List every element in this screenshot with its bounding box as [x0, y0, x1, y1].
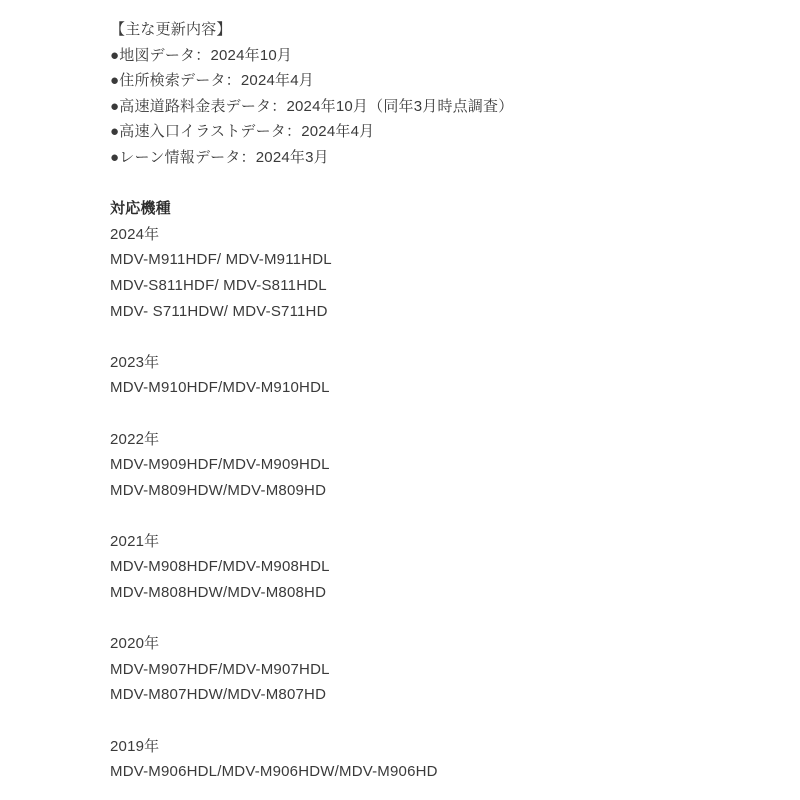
year-label: 2024年 — [110, 222, 760, 248]
model-group-2021: 2021年 MDV-M908HDF/MDV-M908HDL MDV-M808HD… — [110, 529, 760, 606]
model-line: MDV-M808HDW/MDV-M808HD — [110, 580, 760, 606]
update-item-address-search: ●住所検索データ：2024年4月 — [110, 68, 760, 94]
models-section-title: 対応機種 — [110, 196, 760, 222]
compatible-models-section: 対応機種 2024年 MDV-M911HDF/ MDV-M911HDL MDV-… — [110, 196, 760, 785]
group-spacer — [110, 324, 760, 350]
model-line: MDV-M908HDF/MDV-M908HDL — [110, 554, 760, 580]
year-label: 2022年 — [110, 427, 760, 453]
year-label: 2023年 — [110, 350, 760, 376]
group-spacer — [110, 606, 760, 632]
year-label: 2019年 — [110, 734, 760, 760]
update-contents-section: 【主な更新内容】 ●地図データ：2024年10月 ●住所検索データ：2024年4… — [110, 17, 760, 171]
model-line: MDV-M807HDW/MDV-M807HD — [110, 682, 760, 708]
model-group-2022: 2022年 MDV-M909HDF/MDV-M909HDL MDV-M809HD… — [110, 427, 760, 504]
model-line: MDV-M910HDF/MDV-M910HDL — [110, 375, 760, 401]
group-spacer — [110, 401, 760, 427]
update-item-highway-entrance: ●高速入口イラストデータ：2024年4月 — [110, 119, 760, 145]
update-item-lane-info: ●レーン情報データ：2024年3月 — [110, 145, 760, 171]
model-line: MDV-M907HDF/MDV-M907HDL — [110, 657, 760, 683]
model-group-2019: 2019年 MDV-M906HDL/MDV-M906HDW/MDV-M906HD — [110, 734, 760, 785]
model-group-2024: 2024年 MDV-M911HDF/ MDV-M911HDL MDV-S811H… — [110, 222, 760, 324]
model-line: MDV-M911HDF/ MDV-M911HDL — [110, 247, 760, 273]
model-line: MDV-M906HDL/MDV-M906HDW/MDV-M906HD — [110, 759, 760, 785]
model-group-2023: 2023年 MDV-M910HDF/MDV-M910HDL — [110, 350, 760, 401]
model-group-2020: 2020年 MDV-M907HDF/MDV-M907HDL MDV-M807HD… — [110, 631, 760, 708]
year-label: 2020年 — [110, 631, 760, 657]
product-description-page: 【主な更新内容】 ●地図データ：2024年10月 ●住所検索データ：2024年4… — [0, 0, 800, 800]
model-line: MDV-M909HDF/MDV-M909HDL — [110, 452, 760, 478]
model-line: MDV-M809HDW/MDV-M809HD — [110, 478, 760, 504]
update-item-map-data: ●地図データ：2024年10月 — [110, 43, 760, 69]
group-spacer — [110, 708, 760, 734]
section-spacer — [110, 171, 760, 197]
model-line: MDV- S711HDW/ MDV-S711HD — [110, 299, 760, 325]
update-item-highway-toll: ●高速道路料金表データ：2024年10月（同年3月時点調査） — [110, 94, 760, 120]
year-label: 2021年 — [110, 529, 760, 555]
model-line: MDV-S811HDF/ MDV-S811HDL — [110, 273, 760, 299]
group-spacer — [110, 503, 760, 529]
update-section-title: 【主な更新内容】 — [110, 17, 760, 43]
